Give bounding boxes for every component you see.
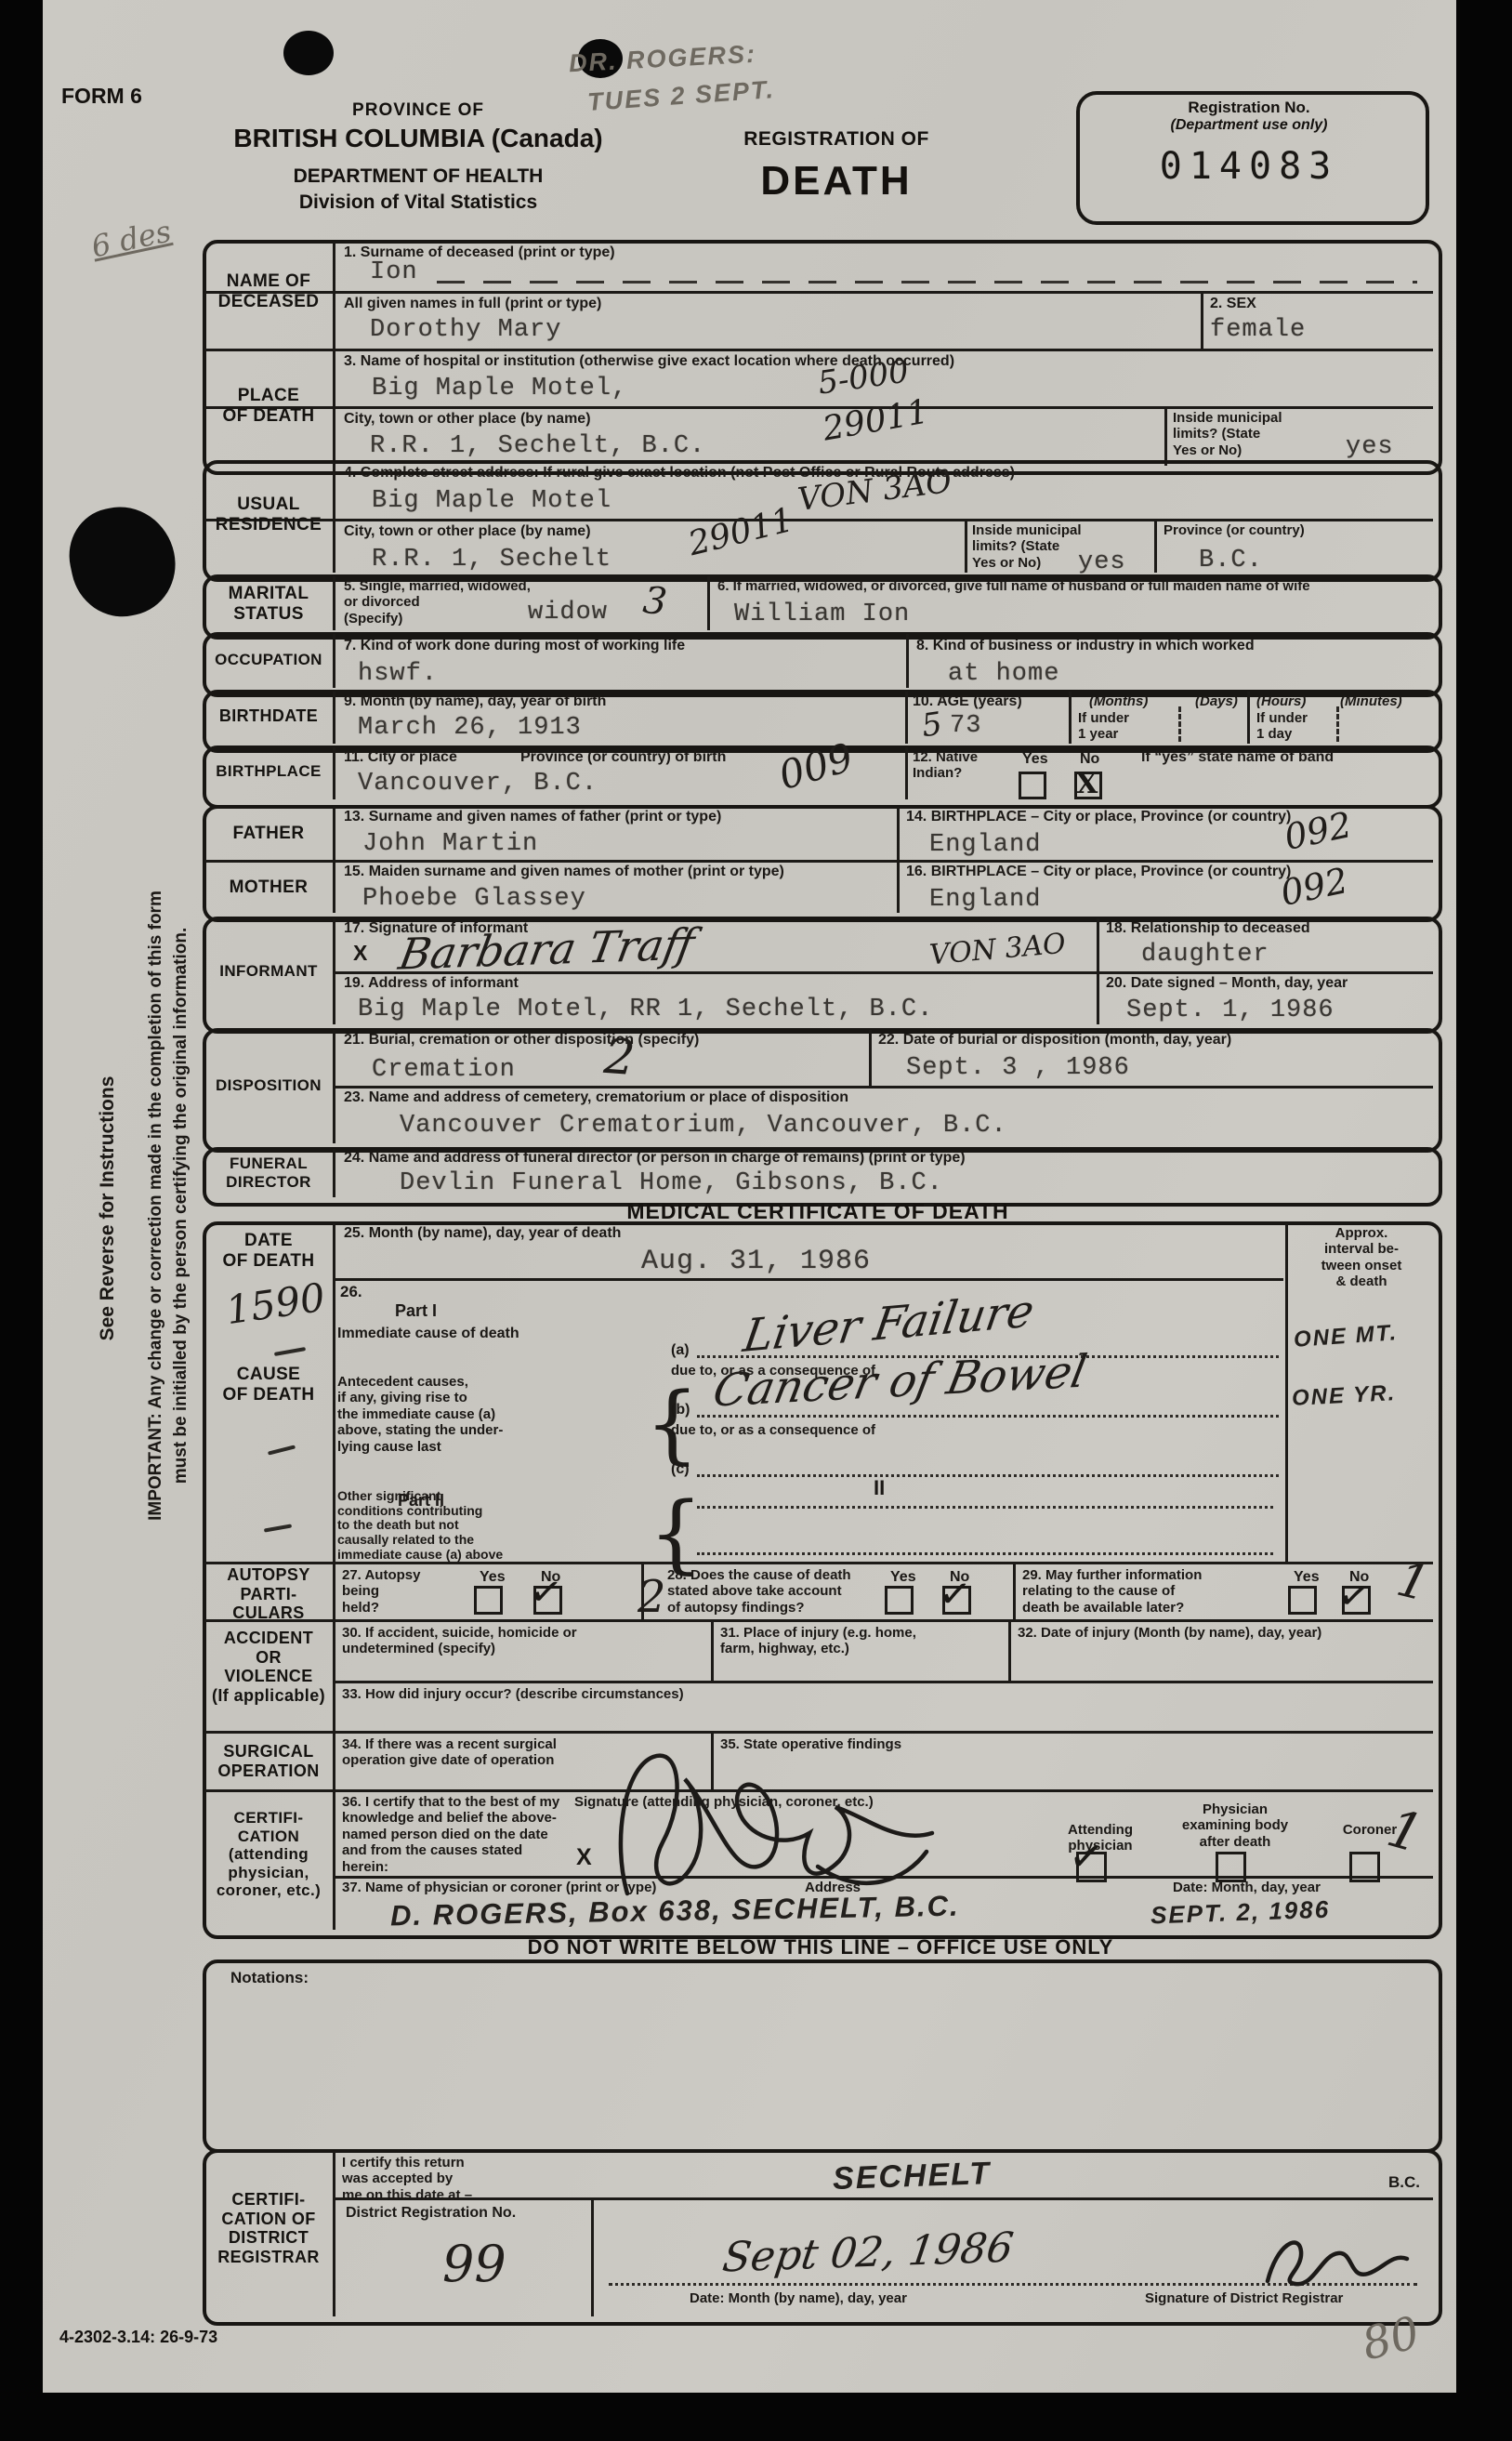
- q28-code-annotation: 2: [638, 1571, 666, 1623]
- q36-label: 36. I certify that to the best of my kno…: [342, 1794, 559, 1875]
- q29-yes-checkbox: [1288, 1586, 1317, 1615]
- date-signed-label: 20. Date signed – Month, day, year: [1106, 975, 1348, 993]
- birthplace-value: Vancouver, B.C.: [358, 770, 598, 798]
- q28-yes-checkbox: [885, 1586, 914, 1615]
- hospital-value: Big Maple Motel,: [372, 375, 627, 402]
- divider: [333, 634, 335, 688]
- birthplace-province-label: Province (or country) of birth: [520, 749, 726, 767]
- side-label-informant: INFORMANT: [206, 962, 331, 981]
- industry-label: 8. Kind of business or industry in which…: [916, 638, 1255, 655]
- divider: [335, 2197, 1433, 2200]
- q27-yes-checkbox: [474, 1586, 503, 1615]
- divider: [333, 747, 335, 799]
- relationship-label: 18. Relationship to deceased: [1106, 920, 1310, 938]
- divider: [335, 1278, 1283, 1281]
- given-names-value: Dorothy Mary: [370, 316, 561, 344]
- important-note-line2: must be initialled by the person certify…: [171, 806, 191, 1605]
- divider: [906, 634, 909, 688]
- division-title: Division of Vital Statistics: [204, 191, 632, 214]
- divider: [333, 242, 335, 466]
- father-birthplace-label: 14. BIRTHPLACE – City or place, Province…: [906, 809, 1291, 826]
- cause-b-prefix: (b): [671, 1402, 690, 1419]
- notations-box: [203, 1959, 1442, 2153]
- divider: [965, 519, 967, 573]
- cause-b-line: [697, 1415, 1279, 1418]
- divider: [707, 576, 710, 630]
- father-birthplace-value: England: [929, 831, 1041, 859]
- divider: [1069, 692, 1072, 744]
- side-label-accident: ACCIDENT OR VIOLENCE (If applicable): [206, 1629, 331, 1706]
- registration-of-label: REGISTRATION OF: [697, 128, 976, 151]
- residence-city-value: R.R. 1, Sechelt: [372, 546, 611, 574]
- spouse-value: William Ion: [734, 600, 910, 628]
- disposition-code-annotation: 2: [602, 1029, 637, 1087]
- divider: [1097, 918, 1099, 1024]
- residence-limits-value: yes: [1078, 548, 1126, 576]
- immediate-cause-label: Immediate cause of death: [337, 1326, 519, 1343]
- registrar-date-label: Date: Month (by name), day, year: [690, 2290, 907, 2306]
- divider: [204, 349, 1433, 351]
- cemetery-value: Vancouver Crematorium, Vancouver, B.C.: [400, 1112, 1007, 1140]
- minutes-label: (Minutes): [1340, 693, 1402, 709]
- age-value: 73: [950, 712, 981, 740]
- notations-label: Notations:: [230, 1969, 309, 1987]
- accepted-place-value: SECHELT: [832, 2156, 991, 2197]
- surname-value: Ion: [370, 258, 418, 286]
- divider: [711, 1619, 714, 1681]
- province-of: PROVINCE OF: [204, 100, 632, 121]
- native-indian-label: 12. Native Indian?: [913, 749, 978, 782]
- divider: [335, 1086, 1433, 1089]
- death-city-value: R.R. 1, Sechelt, B.C.: [370, 432, 705, 460]
- residence-address-value: Big Maple Motel: [372, 487, 611, 515]
- side-label-registrar: CERTIFI- CATION OF DISTRICT REGISTRAR: [206, 2190, 331, 2267]
- department-title: DEPARTMENT OF HEALTH: [204, 165, 632, 188]
- side-label-occupation: OCCUPATION: [206, 651, 331, 669]
- father-name-label: 13. Surname and given names of father (p…: [344, 809, 721, 826]
- district-reg-no-value: 99: [442, 2235, 506, 2293]
- divider: [333, 692, 335, 744]
- side-label-name-of-deceased: NAME OF DECEASED: [206, 271, 331, 312]
- divider: [1178, 706, 1181, 742]
- q29-label: 29. May further information relating to …: [1022, 1567, 1202, 1616]
- marital-code-annotation: 3: [641, 579, 669, 624]
- divider: [905, 692, 908, 744]
- antecedent-label: Antecedent causes, if any, giving rise t…: [337, 1374, 503, 1455]
- informant-x-mark: X: [353, 941, 367, 966]
- residence-province-label: Province (or country): [1164, 522, 1305, 538]
- side-label-funeral-director: FUNERAL DIRECTOR: [206, 1155, 331, 1191]
- months-label: (Months): [1089, 693, 1148, 709]
- q26-number: 26.: [340, 1283, 362, 1301]
- death-date-label: 25. Month (by name), day, year of death: [344, 1225, 621, 1243]
- relationship-value: daughter: [1141, 941, 1269, 969]
- residence-province-value: B.C.: [1199, 547, 1263, 574]
- marital-status-value: widow: [528, 599, 608, 627]
- mother-name-label: 15. Maiden surname and given names of mo…: [344, 864, 784, 881]
- mother-name-value: Phoebe Glassey: [362, 885, 586, 913]
- disposition-value: Cremation: [372, 1056, 516, 1084]
- divider: [204, 291, 1433, 294]
- q30-label: 30. If accident, suicide, homicide or un…: [342, 1625, 577, 1657]
- sex-label: 2. SEX: [1210, 296, 1256, 313]
- given-names-label: All given names in full (print or type): [344, 296, 601, 313]
- divider: [905, 747, 908, 799]
- punch-hole-icon: [283, 31, 334, 75]
- side-label-birthplace: BIRTHPLACE: [206, 762, 331, 781]
- days-label: (Days): [1195, 693, 1238, 709]
- residence-limits-label: Inside municipal limits? (State Yes or N…: [972, 522, 1082, 571]
- q27-no-checkmark: ✓: [527, 1567, 566, 1616]
- marital-status-label: 5. Single, married, widowed, or divorced…: [344, 578, 531, 627]
- coroner-checkbox: [1349, 1852, 1380, 1882]
- funeral-director-value: Devlin Funeral Home, Gibsons, B.C.: [400, 1169, 943, 1197]
- q28-no-checkmark: ✓: [937, 1569, 974, 1617]
- birthplace-city-label: 11. City or place: [344, 749, 457, 767]
- divider: [1008, 1619, 1011, 1681]
- under-day-label: If under 1 day: [1256, 710, 1308, 743]
- due-to-label-2: due to, or as a consequence of: [671, 1422, 875, 1438]
- part2-line-1: [697, 1506, 1273, 1509]
- work-label: 7. Kind of work done during most of work…: [344, 638, 685, 655]
- date-signed-value: Sept. 1, 1986: [1126, 996, 1335, 1024]
- side-label-disposition: DISPOSITION: [206, 1076, 331, 1095]
- band-label: If “yes” state name of band: [1141, 749, 1334, 767]
- native-no-label: No: [1080, 751, 1099, 769]
- side-label-place-of-death: PLACE OF DEATH: [206, 386, 331, 427]
- q31-label: 31. Place of injury (e.g. home, farm, hi…: [720, 1625, 916, 1657]
- divider: [333, 576, 335, 630]
- part2-line-2: [697, 1552, 1273, 1555]
- q37-label: 37. Name of physician or coroner (print …: [342, 1880, 656, 1895]
- accepted-label: I certify this return was accepted by me…: [342, 2155, 472, 2203]
- death-limits-label: Inside municipal limits? (State Yes or N…: [1173, 410, 1282, 458]
- q29-yes-label: Yes: [1294, 1569, 1320, 1587]
- certification-x-mark: X: [576, 1844, 592, 1871]
- side-label-usual-residence: USUAL RESIDENCE: [206, 495, 331, 535]
- part1-label: Part I: [395, 1301, 437, 1321]
- registration-number-subtitle: (Department use only): [1076, 117, 1422, 134]
- cause-c-line: [697, 1474, 1279, 1477]
- death-limits-value: yes: [1346, 433, 1394, 461]
- side-label-birthdate: BIRTHDATE: [206, 706, 331, 726]
- interval-header: Approx. interval be- tween onset & death: [1294, 1225, 1429, 1290]
- divider: [869, 1030, 872, 1086]
- cause-a-prefix: (a): [671, 1342, 690, 1360]
- father-name-value: John Martin: [362, 830, 538, 858]
- important-note-line1: IMPORTANT: Any change or correction made…: [146, 806, 166, 1605]
- informant-address-label: 19. Address of informant: [344, 975, 519, 993]
- funeral-director-label: 24. Name and address of funeral director…: [344, 1150, 966, 1168]
- q27-label: 27. Autopsy being held?: [342, 1567, 420, 1616]
- spouse-label: 6. If married, widowed, or divorced, giv…: [717, 578, 1424, 594]
- disposition-label: 21. Burial, cremation or other dispositi…: [344, 1032, 699, 1049]
- attending-physician-checkmark: ✓: [1065, 1829, 1108, 1884]
- divider: [333, 1223, 335, 1930]
- district-reg-no-label: District Registration No.: [346, 2205, 516, 2223]
- sex-value: female: [1210, 316, 1306, 344]
- divider: [204, 860, 1433, 863]
- registration-number-title: Registration No.: [1076, 99, 1422, 117]
- office-use-banner: DO NOT WRITE BELOW THIS LINE – OFFICE US…: [467, 1935, 1174, 1959]
- divider: [204, 1562, 1433, 1564]
- side-label-date-of-death: DATE OF DEATH: [206, 1231, 331, 1272]
- cemetery-label: 23. Name and address of cemetery, cremat…: [344, 1089, 848, 1107]
- informant-signature: Barbara Traff: [395, 918, 698, 979]
- province-title: BRITISH COLUMBIA (Canada): [177, 124, 660, 153]
- residence-city-label: City, town or other place (by name): [344, 523, 591, 541]
- side-label-surgical: SURGICAL OPERATION: [206, 1742, 331, 1780]
- under-year-label: If under 1 year: [1078, 710, 1129, 743]
- industry-value: at home: [948, 660, 1059, 688]
- interval-b-value: ONE YR.: [1291, 1380, 1397, 1412]
- divider: [333, 1149, 335, 1197]
- divider: [1247, 692, 1250, 744]
- divider: [1285, 1223, 1288, 1562]
- divider: [333, 462, 335, 573]
- divider: [1013, 1562, 1016, 1619]
- bc-label: B.C.: [1388, 2173, 1420, 2192]
- examining-physician-label: Physician examining body after death: [1164, 1801, 1307, 1850]
- divider: [335, 1681, 1433, 1683]
- scanned-death-registration: FORM 6 PROVINCE OF BRITISH COLUMBIA (Can…: [0, 0, 1512, 2441]
- side-label-autopsy: AUTOPSY PARTI- CULARS: [206, 1565, 331, 1623]
- divider: [1201, 291, 1203, 349]
- cause-c-prefix: (c): [671, 1461, 690, 1479]
- disposition-date-label: 22. Date of burial or disposition (month…: [878, 1032, 1231, 1049]
- registrar-signature: [1256, 2227, 1419, 2297]
- divider: [1336, 706, 1339, 742]
- mother-birthplace-label: 16. BIRTHPLACE – City or place, Province…: [906, 864, 1291, 881]
- side-label-marital-status: MARITAL STATUS: [206, 584, 331, 625]
- side-label-cause-of-death: CAUSE OF DEATH: [206, 1365, 331, 1405]
- divider: [204, 1619, 1433, 1622]
- side-label-certification: CERTIFI- CATION (attending physician, co…: [206, 1809, 331, 1900]
- divider: [333, 2151, 335, 2316]
- divider: [1164, 406, 1167, 466]
- divider: [897, 807, 900, 913]
- q28-label: 28. Does the cause of death stated above…: [667, 1567, 851, 1616]
- form-code: 4-2302-3.14: 26-9-73: [59, 2328, 217, 2347]
- part2-column-mark: II: [874, 1476, 885, 1500]
- form-number: FORM 6: [61, 84, 142, 109]
- informant-address-value: Big Maple Motel, RR 1, Sechelt, B.C.: [358, 996, 933, 1023]
- native-no-checkmark: X: [1076, 768, 1098, 800]
- death-title: DEATH: [697, 158, 976, 205]
- mother-birthplace-value: England: [929, 886, 1041, 914]
- medical-certificate-heading: MEDICAL CERTIFICATE OF DEATH: [465, 1199, 1171, 1224]
- see-reverse-note: See Reverse for Instructions: [97, 948, 119, 1469]
- side-label-mother: MOTHER: [206, 877, 331, 898]
- side-label-father: FATHER: [206, 824, 331, 844]
- q32-label: 32. Date of injury (Month (by name), day…: [1018, 1625, 1427, 1641]
- birthdate-label: 9. Month (by name), day, year of birth: [344, 693, 606, 711]
- q34-label: 34. If there was a recent surgical opera…: [342, 1736, 557, 1769]
- native-yes-label: Yes: [1022, 751, 1048, 769]
- q28-yes-label: Yes: [890, 1569, 916, 1587]
- q33-label: 33. How did injury occur? (describe circ…: [342, 1686, 684, 1702]
- q27-yes-label: Yes: [480, 1569, 506, 1587]
- birthdate-value: March 26, 1913: [358, 714, 582, 742]
- divider: [204, 406, 1433, 409]
- divider: [204, 519, 1433, 521]
- registration-number-value: 014083: [1076, 145, 1422, 188]
- other-conditions-label: Other significant conditions contributin…: [337, 1489, 503, 1562]
- divider: [1154, 519, 1157, 573]
- hours-label: (Hours): [1256, 693, 1306, 709]
- surname-ruled-dashes: [437, 281, 1417, 284]
- death-city-label: City, town or other place (by name): [344, 411, 591, 429]
- examining-physician-checkbox: [1216, 1852, 1246, 1882]
- death-date-value: Aug. 31, 1986: [641, 1246, 871, 1277]
- divider: [591, 2197, 594, 2316]
- work-value: hswf.: [358, 660, 438, 688]
- disposition-date-value: Sept. 3 , 1986: [906, 1054, 1130, 1082]
- native-yes-checkbox: [1019, 772, 1046, 799]
- certification-date-label: Date: Month, day, year: [1173, 1880, 1321, 1895]
